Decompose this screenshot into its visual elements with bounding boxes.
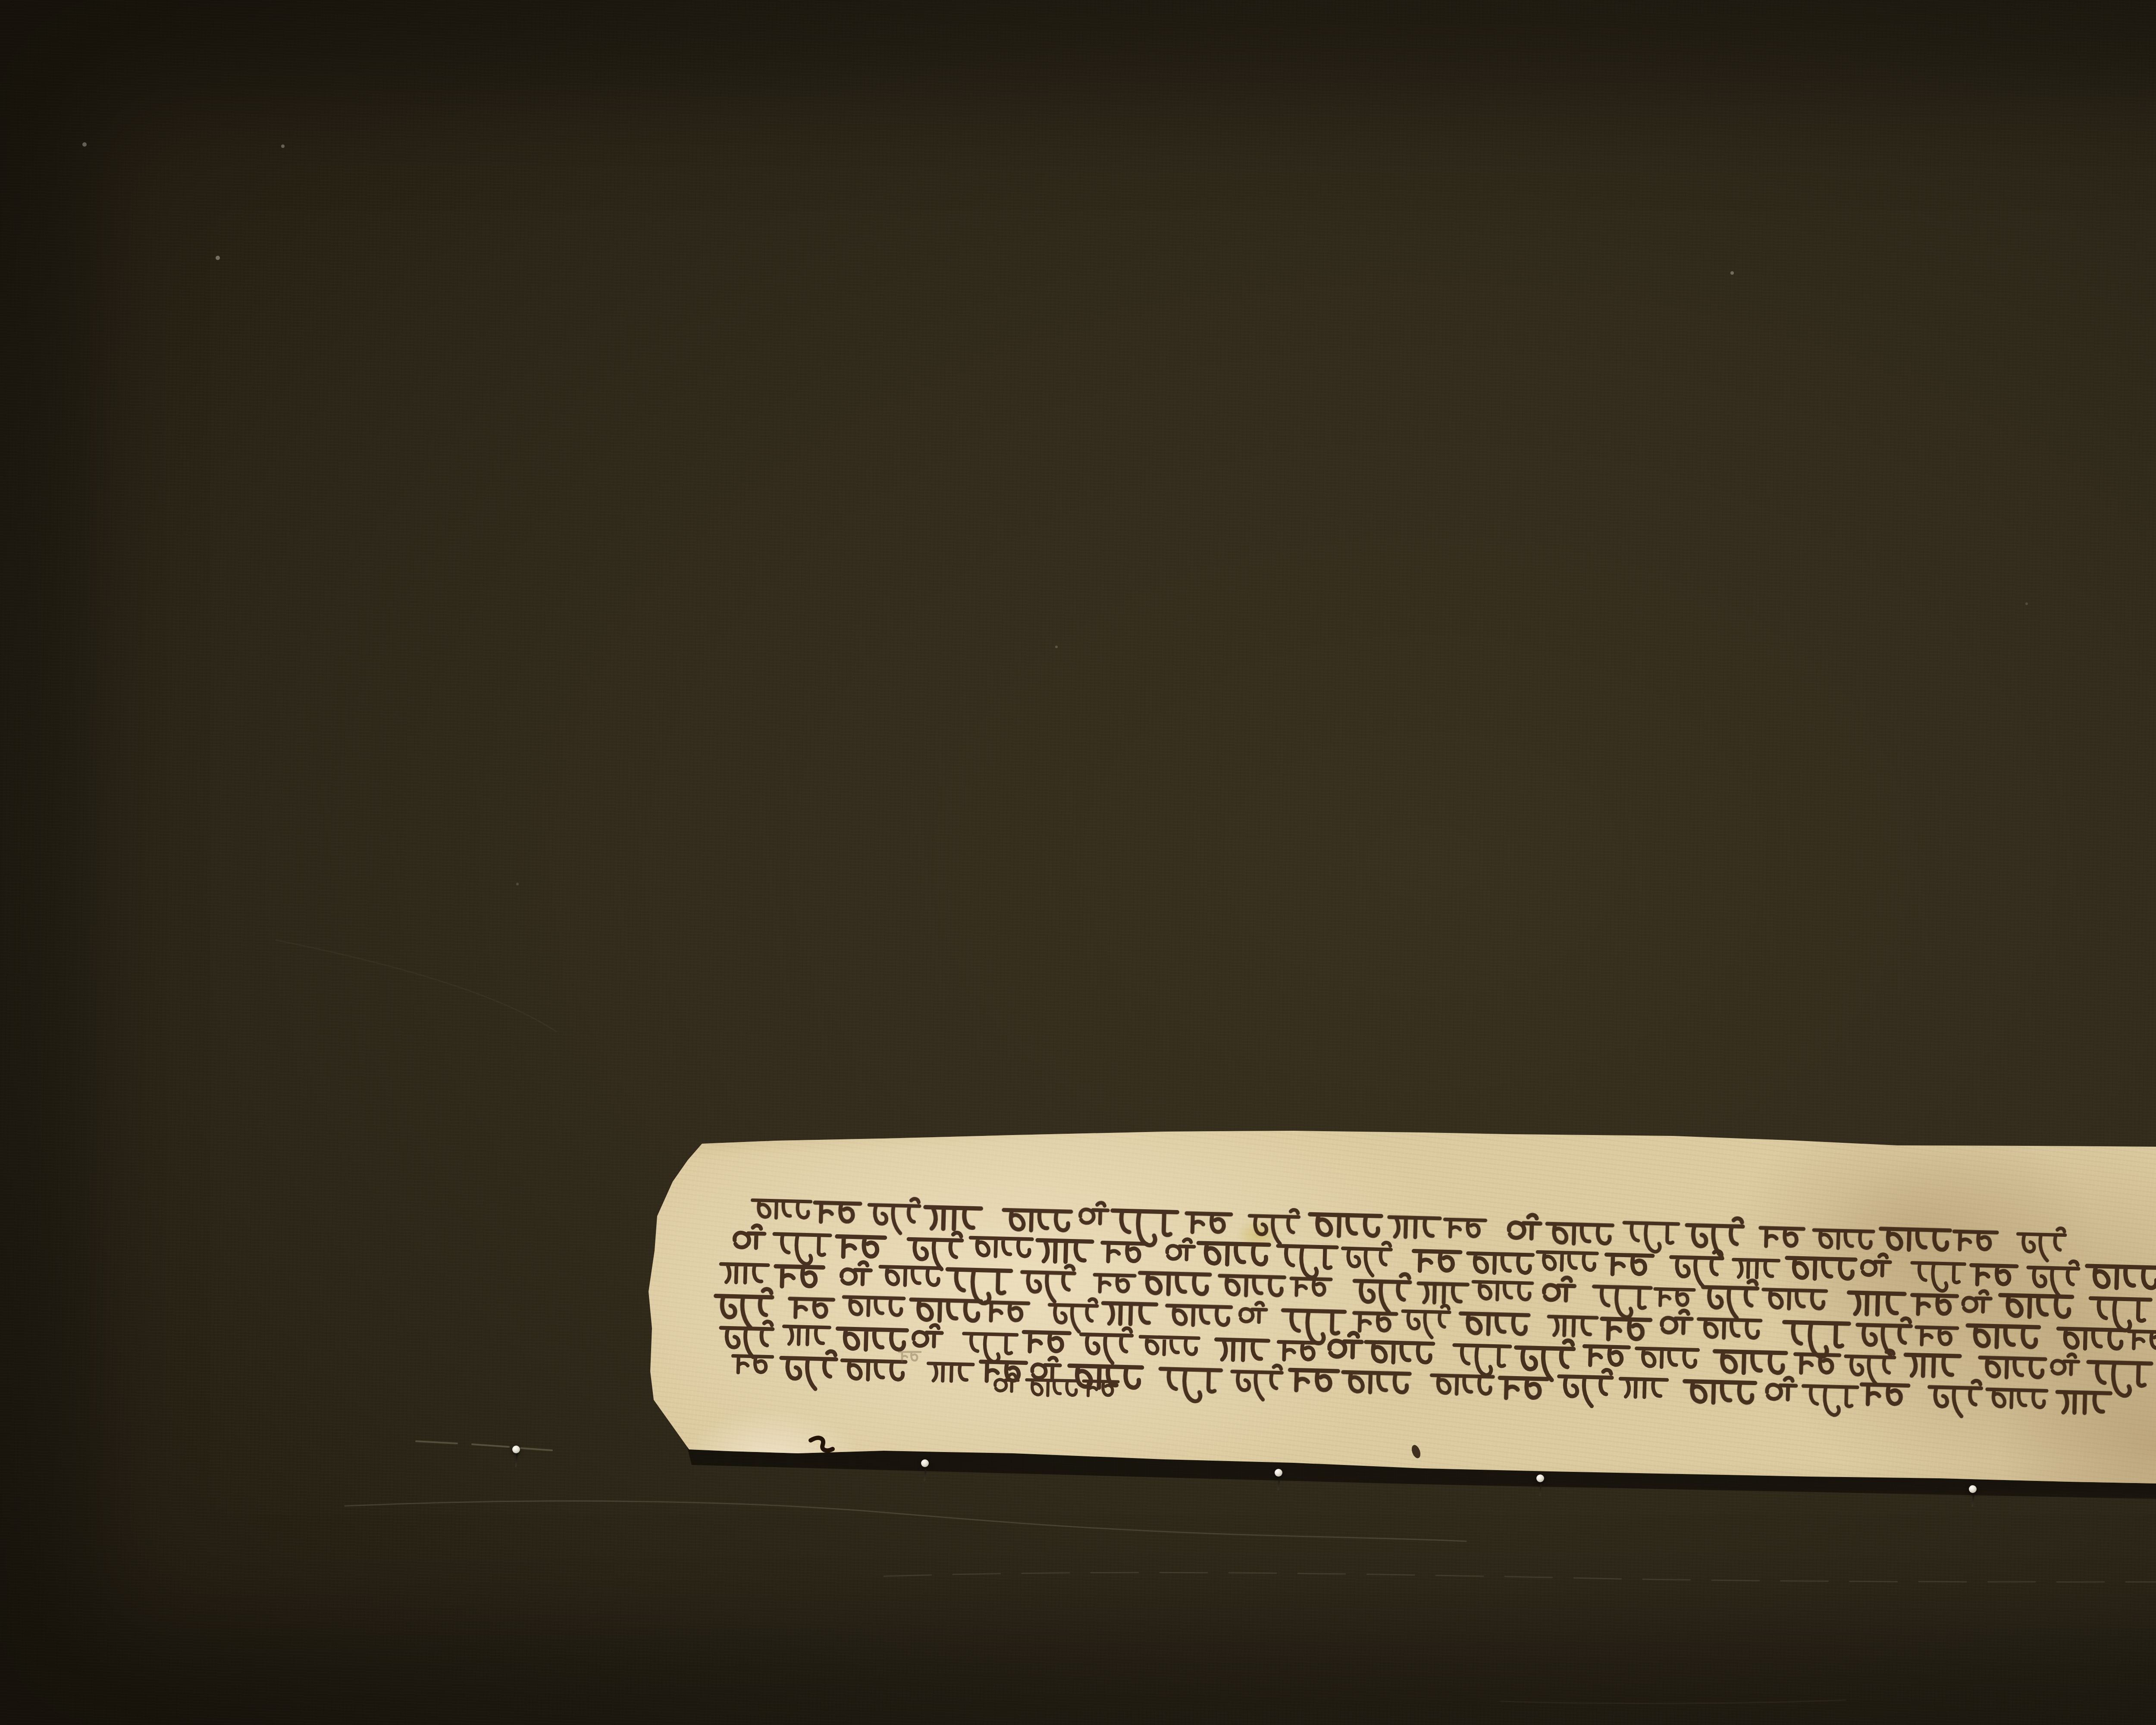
scratch-line	[345, 1501, 1466, 1541]
pin	[1536, 1474, 1544, 1500]
scratch-dashes	[416, 1441, 552, 1450]
pin	[512, 1446, 520, 1471]
dust-specks	[82, 142, 2156, 885]
pin	[921, 1459, 929, 1485]
pin-head	[1275, 1469, 1282, 1477]
photograph: ভবন্তুতি ইতিপঠিবা ওঁ পুরুবারো মাদ্রবামো …	[0, 0, 2156, 1725]
manuscript-folio	[642, 1120, 2156, 1500]
pin-head	[921, 1459, 929, 1467]
pin-head	[1536, 1474, 1544, 1482]
pin	[1969, 1485, 1977, 1511]
crease-line	[276, 940, 556, 1032]
scratch-line	[884, 1572, 2156, 1582]
scratch-line	[1501, 1700, 1846, 1703]
pin-head	[512, 1446, 520, 1453]
pin-head	[1969, 1485, 1977, 1493]
pin	[1275, 1469, 1282, 1495]
